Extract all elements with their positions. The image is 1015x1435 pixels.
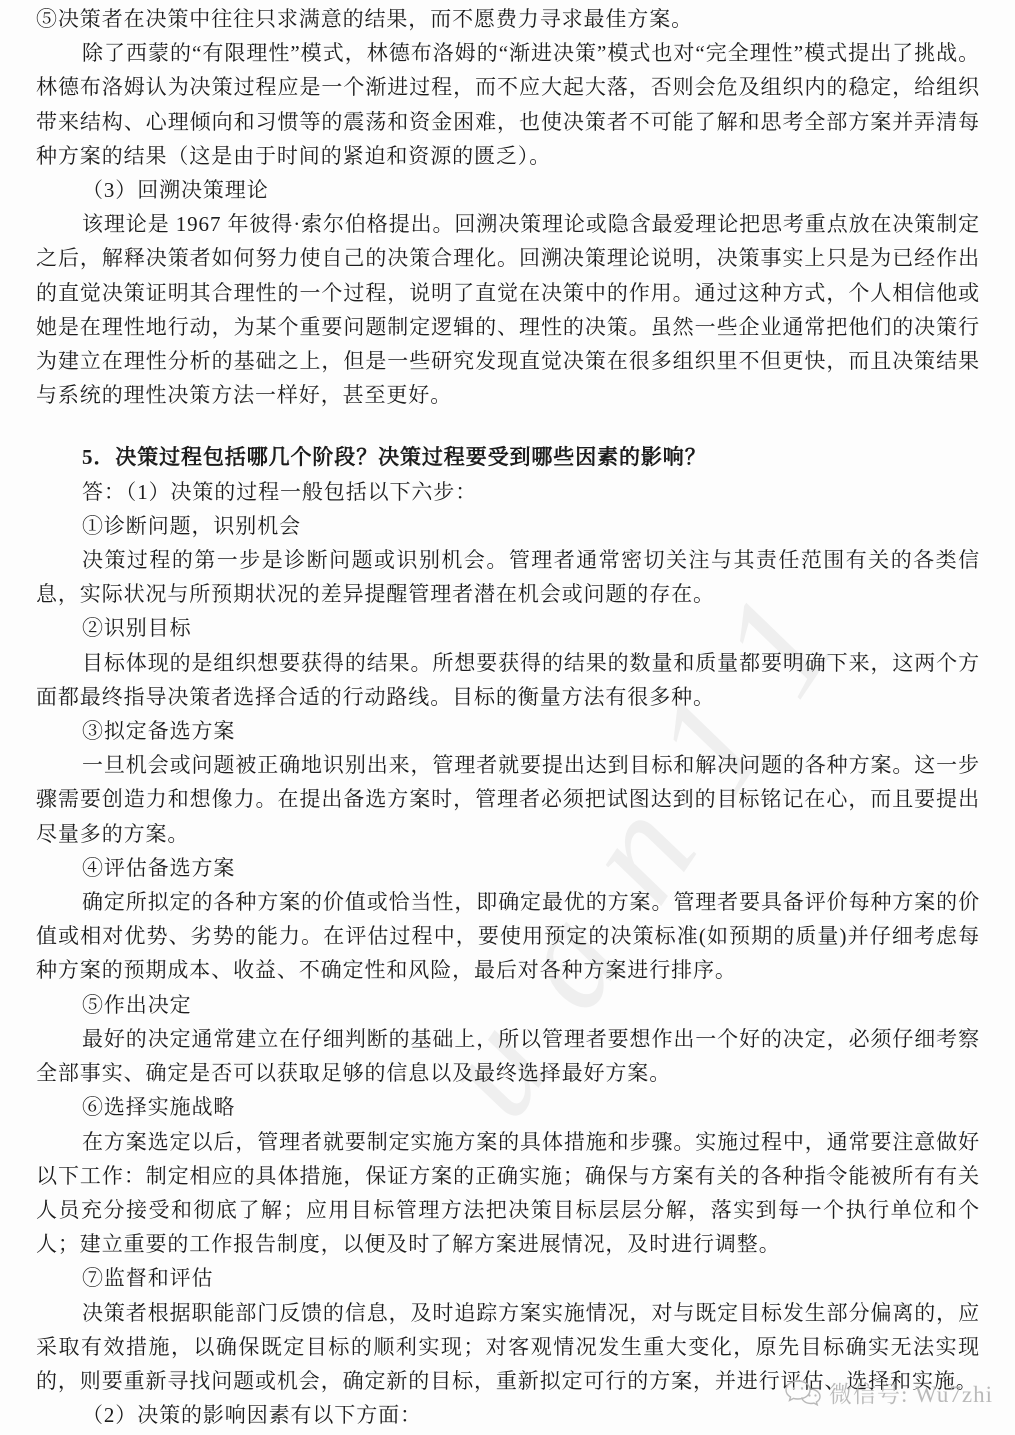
body-paragraph: 最好的决定通常建立在仔细判断的基础上，所以管理者要想作出一个好的决定，必须仔细考… xyxy=(36,1022,980,1090)
scanned-document-page: uan11 ⑤决策者在决策中往往只求满意的结果，而不愿费力寻求最佳方案。除了西蒙… xyxy=(0,0,1015,1435)
answer-part2-intro: （2）决策的影响因素有以下方面： xyxy=(36,1398,980,1432)
question-5-heading: 5．决策过程包括哪几个阶段？决策过程要受到哪些因素的影响？ xyxy=(36,440,980,474)
step-heading-4: ④评估备选方案 xyxy=(36,851,980,885)
body-paragraph: 在方案选定以后，管理者就要制定实施方案的具体措施和步骤。实施过程中，通常要注意做… xyxy=(36,1125,980,1262)
body-paragraph: 一旦机会或问题被正确地识别出来，管理者就要提出达到目标和解决问题的各种方案。这一… xyxy=(36,748,980,851)
step-heading-5: ⑤作出决定 xyxy=(36,988,980,1022)
step-heading-1: ①诊断问题，识别机会 xyxy=(36,509,980,543)
answer-intro: 答：（1）决策的过程一般包括以下六步： xyxy=(36,475,980,509)
body-paragraph: 该理论是 1967 年彼得·索尔伯格提出。回溯决策理论或隐含最爱理论把思考重点放… xyxy=(36,207,980,412)
step-heading-2: ②识别目标 xyxy=(36,611,980,645)
body-paragraph: 目标体现的是组织想要获得的结果。所想要获得的结果的数量和质量都要明确下来，这两个… xyxy=(36,646,980,714)
step-heading-6: ⑥选择实施战略 xyxy=(36,1090,980,1124)
body-paragraph: 决策者根据职能部门反馈的信息，及时追踪方案实施情况，对与既定目标发生部分偏离的，… xyxy=(36,1296,980,1399)
body-paragraph: 除了西蒙的“有限理性”模式，林德布洛姆的“渐进决策”模式也对“完全理性”模式提出… xyxy=(36,36,980,173)
document-text-body: ⑤决策者在决策中往往只求满意的结果，而不愿费力寻求最佳方案。除了西蒙的“有限理性… xyxy=(36,2,980,1432)
body-paragraph: 确定所拟定的各种方案的价值或恰当性，即确定最优的方案。管理者要具备评价每种方案的… xyxy=(36,885,980,988)
step-heading-7: ⑦监督和评估 xyxy=(36,1261,980,1295)
list-item-5-continued: ⑤决策者在决策中往往只求满意的结果，而不愿费力寻求最佳方案。 xyxy=(36,2,980,36)
body-paragraph: 决策过程的第一步是诊断问题或识别机会。管理者通常密切关注与其责任范围有关的各类信… xyxy=(36,543,980,611)
heading-retrospective-theory: （3）回溯决策理论 xyxy=(36,173,980,207)
step-heading-3: ③拟定备选方案 xyxy=(36,714,980,748)
